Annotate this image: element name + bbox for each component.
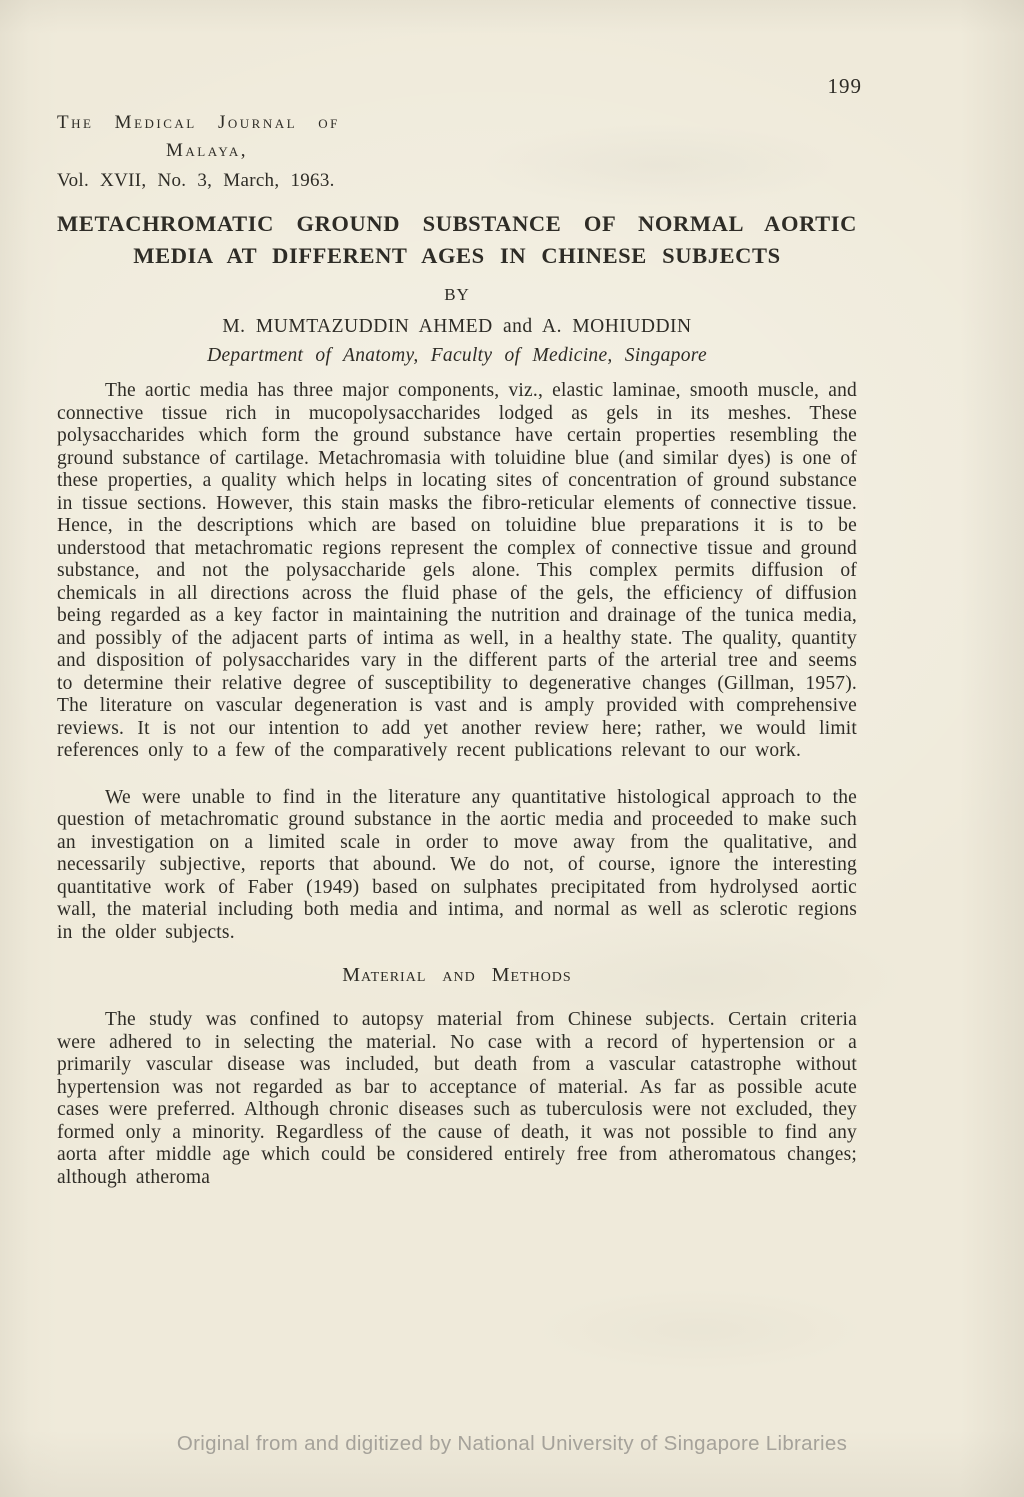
paragraph-introduction-1: The aortic media has three major compone… (57, 380, 857, 763)
article-body: The aortic media has three major compone… (57, 380, 857, 1189)
byline-label: BY (57, 285, 857, 305)
affiliation-line: Department of Anatomy, Faculty of Medici… (57, 345, 857, 367)
digitization-watermark: Original from and digitized by National … (0, 1432, 1024, 1456)
paragraph-introduction-2: We were unable to find in the literature… (57, 787, 857, 945)
article-title: METACHROMATIC GROUND SUBSTANCE OF NORMAL… (57, 208, 857, 272)
journal-name-continued: Malaya, (57, 140, 357, 162)
article-title-line-1: METACHROMATIC GROUND SUBSTANCE OF NORMAL… (57, 208, 857, 240)
article-title-line-2: MEDIA AT DIFFERENT AGES IN CHINESE SUBJE… (57, 240, 857, 272)
journal-name: The Medical Journal of (57, 112, 417, 134)
article-title-block: METACHROMATIC GROUND SUBSTANCE OF NORMAL… (57, 208, 857, 367)
page-number: 199 (828, 74, 863, 99)
scanned-journal-page: 199 The Medical Journal of Malaya, Vol. … (0, 0, 1024, 1497)
paragraph-methods-1: The study was confined to autopsy materi… (57, 1009, 857, 1189)
authors-line: M. MUMTAZUDDIN AHMED and A. MOHIUDDIN (57, 316, 857, 338)
journal-masthead: The Medical Journal of Malaya, Vol. XVII… (57, 112, 417, 192)
journal-issue-line: Vol. XVII, No. 3, March, 1963. (57, 170, 417, 192)
section-heading-material-and-methods: Material and Methods (57, 964, 857, 987)
